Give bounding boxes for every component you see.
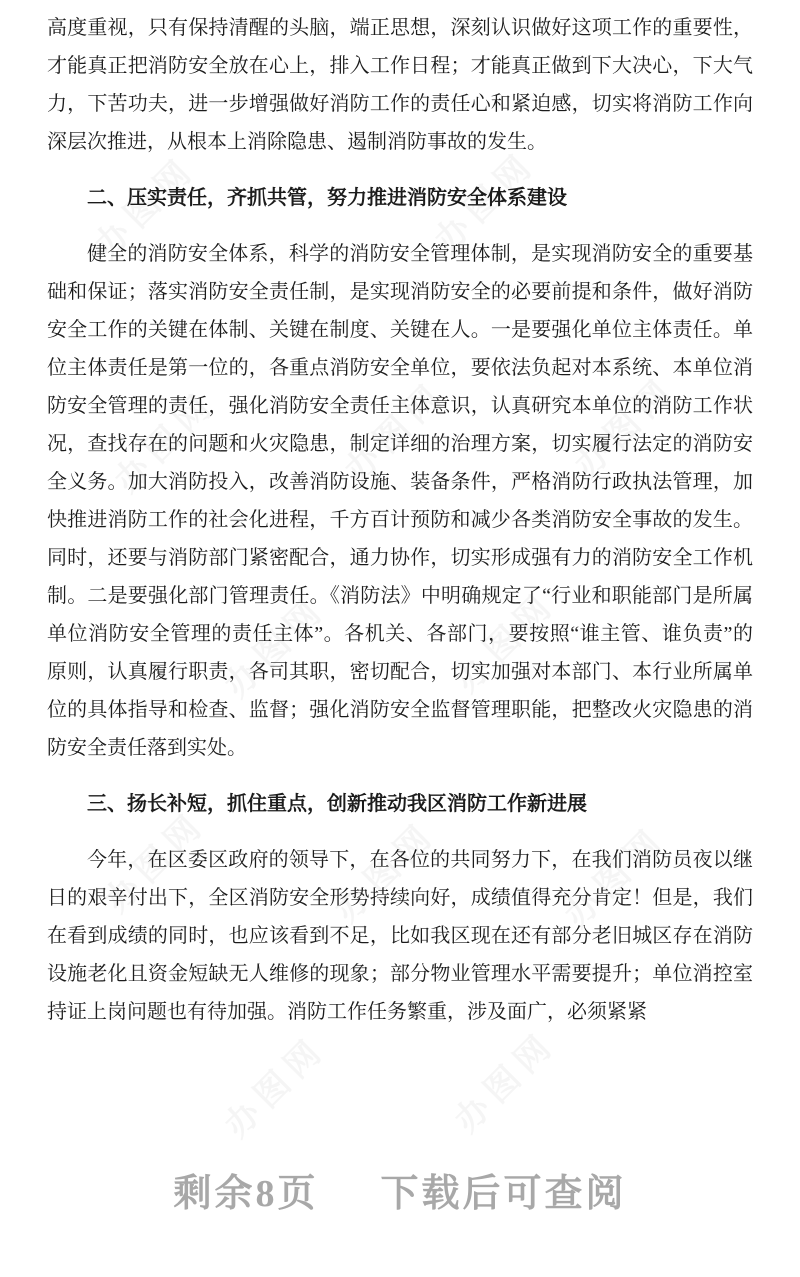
section-heading-3: 三、扬长补短，抓住重点，创新推动我区消防工作新进展 <box>47 785 753 823</box>
document-content: 高度重视，只有保持清醒的头脑，端正思想，深刻认识做好这项工作的重要性，才能真正把… <box>0 0 800 1031</box>
watermark-text: 办图网 <box>441 1018 565 1142</box>
paragraph-section-3: 今年，在区委区政府的领导下，在各位的共同努力下，在我们消防员夜以继日的艰辛付出下… <box>47 841 753 1031</box>
document-page: 办图网 办图网 办图网 办图网 办图网 办图网 办图网 办图网 办图网 办图网 … <box>0 0 800 1277</box>
section-heading-2: 二、压实责任，齐抓共管，努力推进消防安全体系建设 <box>47 179 753 217</box>
download-hint-label: 下载后可查阅 <box>381 1168 627 1220</box>
paragraph-section-2: 健全的消防安全体系，科学的消防安全管理体制，是实现消防安全的重要基础和保证；落实… <box>47 235 753 767</box>
paragraph-continuation: 高度重视，只有保持清醒的头脑，端正思想，深刻认识做好这项工作的重要性，才能真正把… <box>47 9 753 161</box>
pages-remaining-label: 剩余8页 <box>173 1168 318 1220</box>
preview-footer: 剩余8页 下载后可查阅 <box>0 1168 800 1220</box>
watermark-text: 办图网 <box>211 1023 335 1147</box>
